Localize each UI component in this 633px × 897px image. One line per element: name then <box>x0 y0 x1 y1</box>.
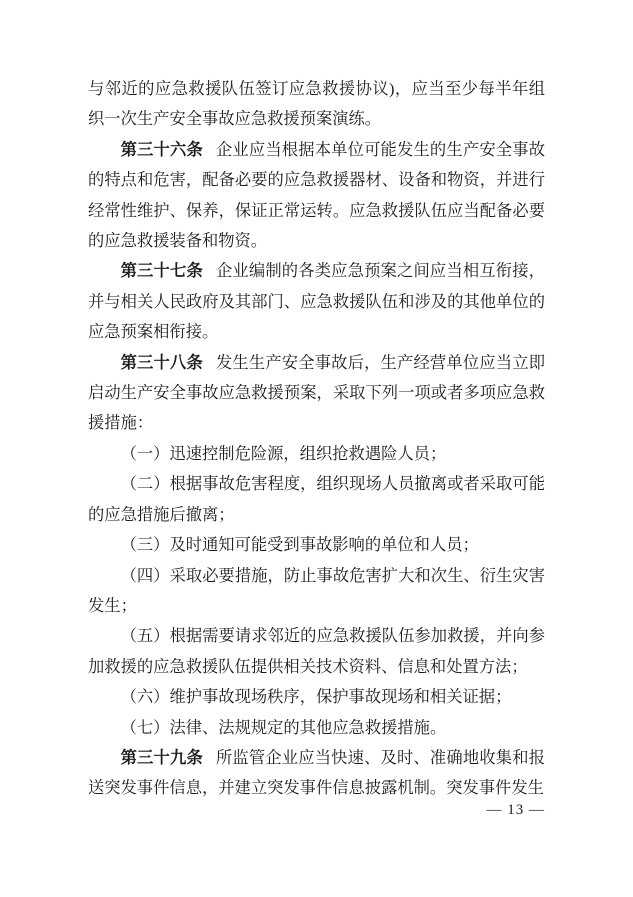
article-37-paragraph: 第三十七条企业编制的各类应急预案之间应当相互衔接，并与相关人民政府及其部门、应急… <box>88 256 545 347</box>
article-36-number: 第三十六条 <box>121 140 203 159</box>
paragraph-continuation: 与邻近的应急救援队伍签订应急救援协议)，应当至少每半年组织一次生产安全事故应急救… <box>88 74 545 135</box>
article-38-paragraph: 第三十八条发生生产安全事故后，生产经营单位应当立即启动生产安全事故应急救援预案，… <box>88 348 545 439</box>
page-number: — 13 — <box>487 802 546 819</box>
document-body: 与邻近的应急救援队伍签订应急救援协议)，应当至少每半年组织一次生产安全事故应急救… <box>88 74 545 804</box>
list-item-5: （五）根据需要请求邻近的应急救援队伍参加救援，并向参加救援的应急救援队伍提供相关… <box>88 621 545 682</box>
document-page: 与邻近的应急救援队伍签订应急救援协议)，应当至少每半年组织一次生产安全事故应急救… <box>0 0 633 897</box>
list-item-6: （六）维护事故现场秩序，保护事故现场和相关证据； <box>88 682 545 712</box>
article-36-paragraph: 第三十六条企业应当根据本单位可能发生的生产安全事故的特点和危害，配备必要的应急救… <box>88 135 545 257</box>
list-item-1: （一）迅速控制危险源，组织抢救遇险人员； <box>88 439 545 469</box>
article-39-number: 第三十九条 <box>121 748 203 767</box>
list-item-4: （四）采取必要措施，防止事故危害扩大和次生、衍生灾害发生； <box>88 561 545 622</box>
article-39-paragraph: 第三十九条所监管企业应当快速、及时、准确地收集和报送突发事件信息，并建立突发事件… <box>88 743 545 804</box>
list-item-3: （三）及时通知可能受到事故影响的单位和人员； <box>88 530 545 560</box>
article-37-number: 第三十七条 <box>121 261 203 280</box>
article-38-number: 第三十八条 <box>121 353 203 372</box>
list-item-7: （七）法律、法规规定的其他应急救援措施。 <box>88 713 545 743</box>
list-item-2: （二）根据事故危害程度，组织现场人员撤离或者采取可能的应急措施后撤离； <box>88 469 545 530</box>
